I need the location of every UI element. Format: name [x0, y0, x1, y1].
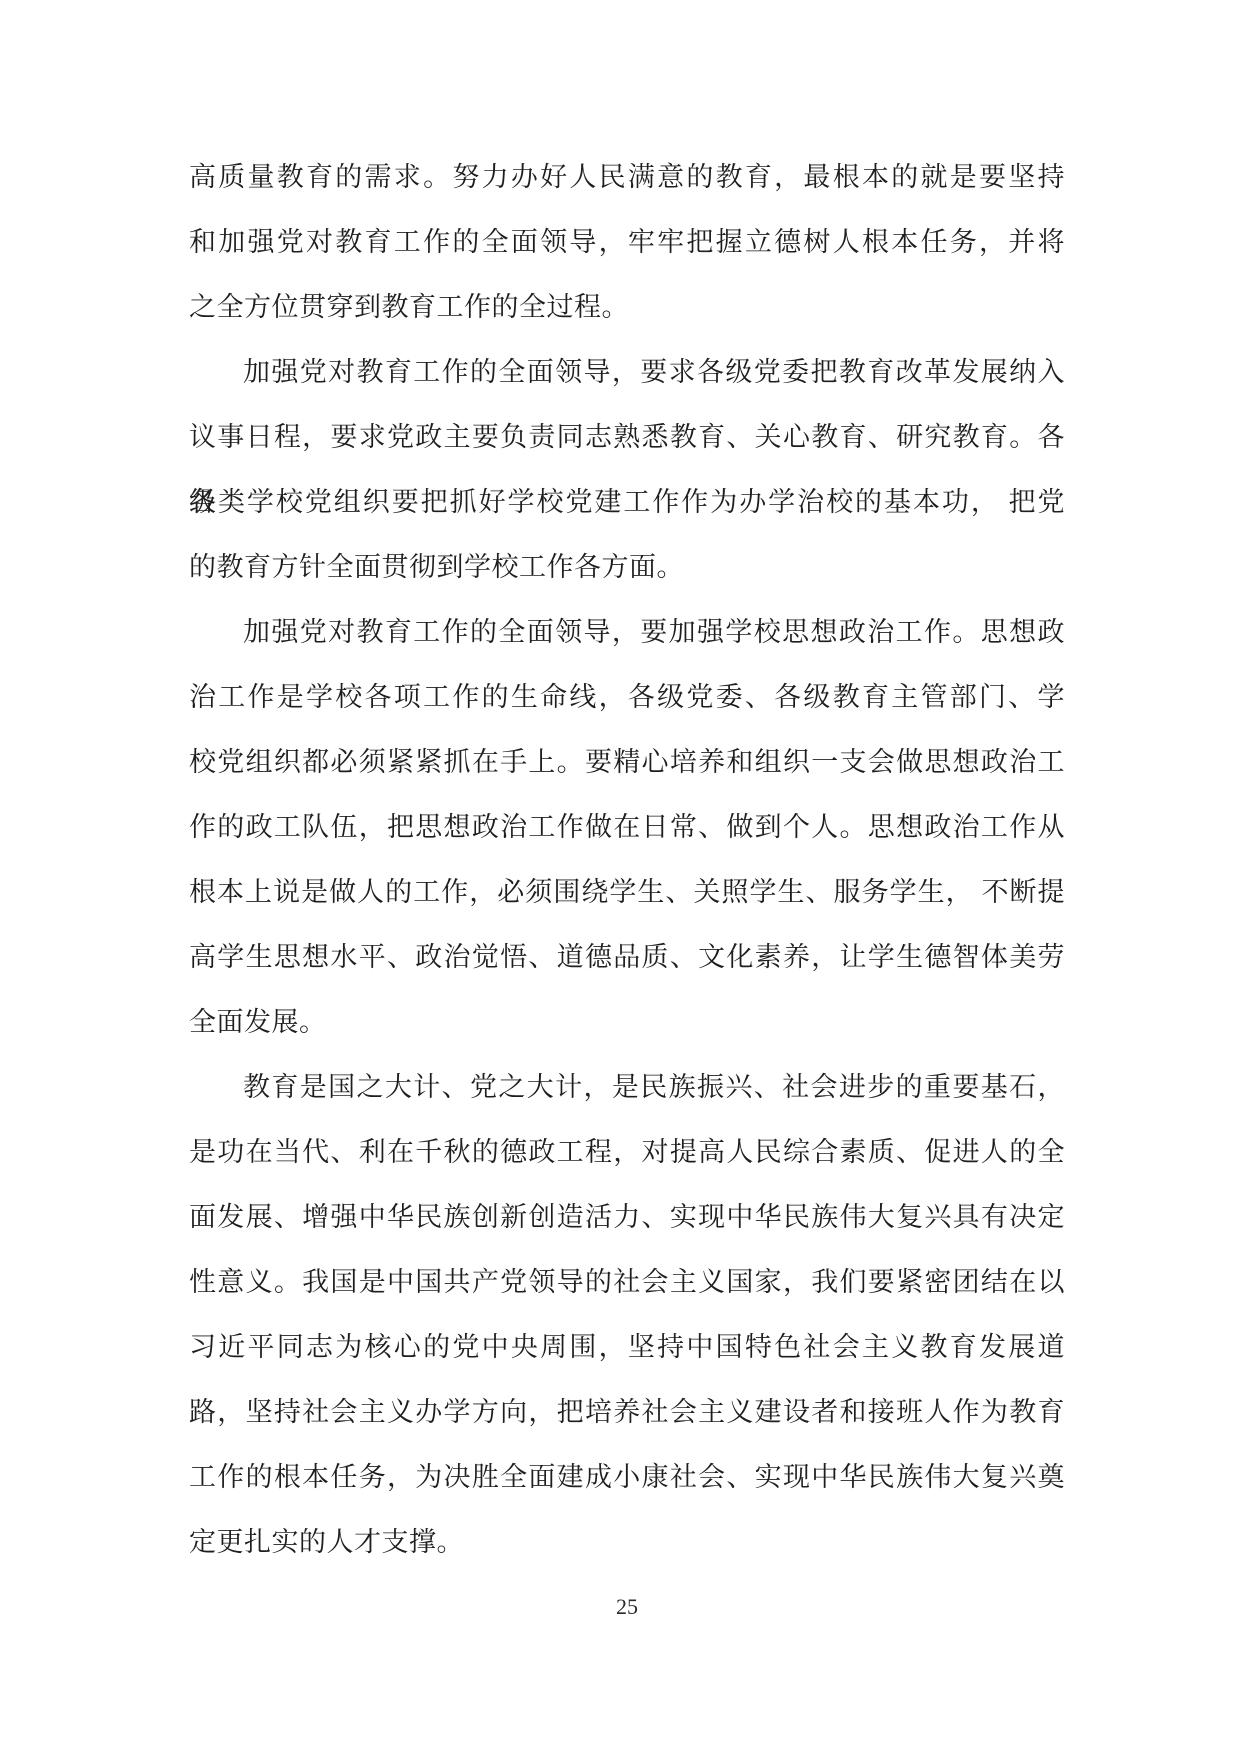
text-line: 性意义。我国是中国共产党领导的社会主义国家，我们要紧密团结在以 [189, 1250, 1065, 1315]
paragraph: 加强党对教育工作的全面领导，要加强学校思想政治工作。思想政 治工作是学校各项工作… [189, 600, 1065, 1055]
text-line: 根本上说是做人的工作，必须围绕学生、关照学生、服务学生， 不断提 [189, 860, 1065, 925]
text-line: 治工作是学校各项工作的生命线，各级党委、各级教育主管部门、学 [189, 665, 1065, 730]
text-line: 全面发展。 [189, 990, 1065, 1055]
text-line: 加强党对教育工作的全面领导，要加强学校思想政治工作。思想政 [189, 600, 1065, 665]
text-line: 定更扎实的人才支撑。 [189, 1510, 1065, 1575]
text-line: 面发展、增强中华民族创新创造活力、实现中华民族伟大复兴具有决定 [189, 1185, 1065, 1250]
paragraph: 加强党对教育工作的全面领导，要求各级党委把教育改革发展纳入 议事日程，要求党政主… [189, 340, 1065, 600]
text-line: 工作的根本任务，为决胜全面建成小康社会、实现中华民族伟大复兴奠 [189, 1445, 1065, 1510]
page-body: 高质量教育的需求。努力办好人民满意的教育，最根本的就是要坚持 和加强党对教育工作… [189, 145, 1065, 1575]
text-line: 校党组织都必须紧紧抓在手上。要精心培养和组织一支会做思想政治工 [189, 730, 1065, 795]
text-line: 高学生思想水平、政治觉悟、道德品质、文化素养，让学生德智体美劳 [189, 925, 1065, 990]
paragraph: 教育是国之大计、党之大计，是民族振兴、社会进步的重要基石， 是功在当代、利在千秋… [189, 1055, 1065, 1575]
text-line: 议事日程，要求党政主要负责同志熟悉教育、关心教育、研究教育。各级 [189, 405, 1065, 470]
text-line: 是功在当代、利在千秋的德政工程，对提高人民综合素质、促进人的全 [189, 1120, 1065, 1185]
text-line: 作的政工队伍，把思想政治工作做在日常、做到个人。思想政治工作从 [189, 795, 1065, 860]
text-line: 加强党对教育工作的全面领导，要求各级党委把教育改革发展纳入 [189, 340, 1065, 405]
text-line: 教育是国之大计、党之大计，是民族振兴、社会进步的重要基石， [189, 1055, 1065, 1120]
text-line: 各类学校党组织要把抓好学校党建工作作为办学治校的基本功， 把党 [189, 470, 1065, 535]
text-line: 和加强党对教育工作的全面领导，牢牢把握立德树人根本任务，并将 [189, 210, 1065, 275]
text-line: 高质量教育的需求。努力办好人民满意的教育，最根本的就是要坚持 [189, 145, 1065, 210]
page-number: 25 [189, 1592, 1065, 1622]
text-line: 之全方位贯穿到教育工作的全过程。 [189, 275, 1065, 340]
text-line: 的教育方针全面贯彻到学校工作各方面。 [189, 535, 1065, 600]
text-line: 习近平同志为核心的党中央周围，坚持中国特色社会主义教育发展道 [189, 1315, 1065, 1380]
document-page: 高质量教育的需求。努力办好人民满意的教育，最根本的就是要坚持 和加强党对教育工作… [0, 0, 1240, 1754]
paragraph: 高质量教育的需求。努力办好人民满意的教育，最根本的就是要坚持 和加强党对教育工作… [189, 145, 1065, 340]
text-line: 路，坚持社会主义办学方向，把培养社会主义建设者和接班人作为教育 [189, 1380, 1065, 1445]
